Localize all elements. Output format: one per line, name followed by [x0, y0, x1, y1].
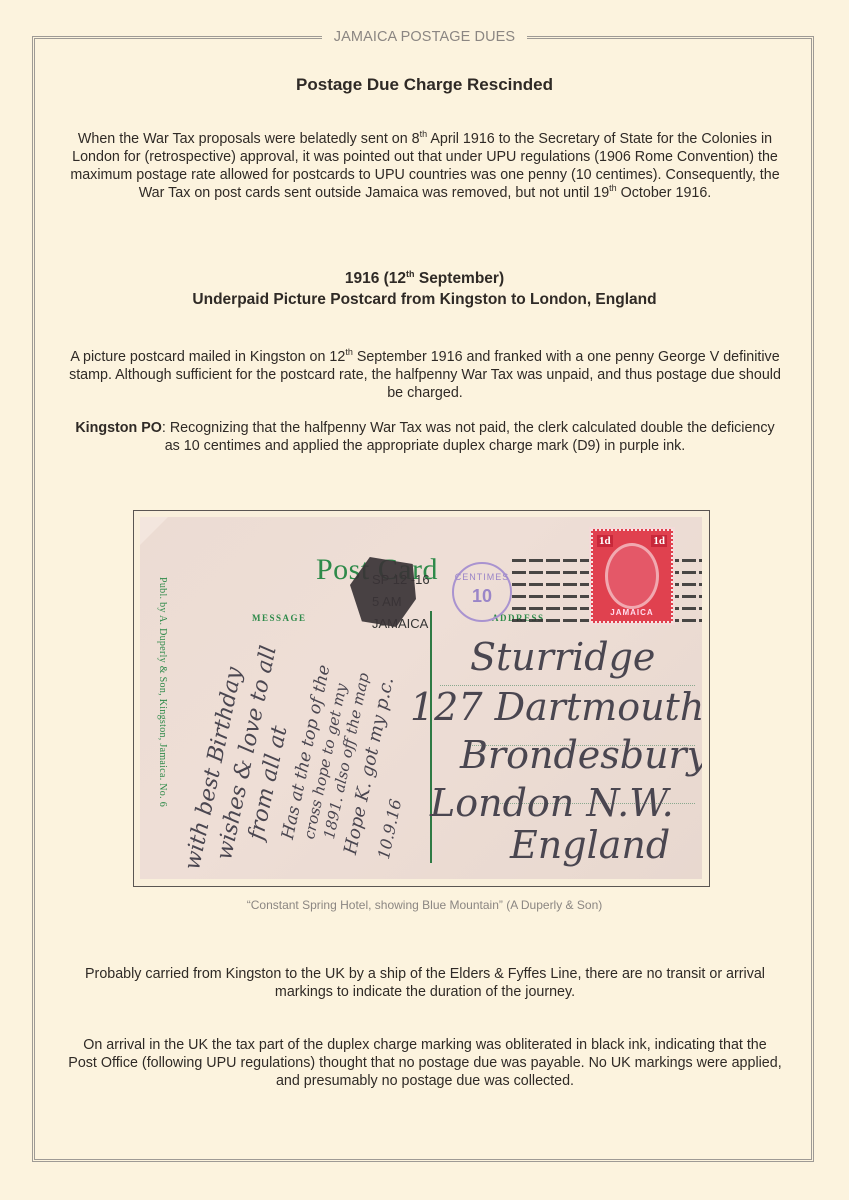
address-line: London N.W. — [430, 781, 674, 825]
postcard-caption: “Constant Spring Hotel, showing Blue Mou… — [0, 898, 849, 912]
postcard-image: Publ. by A. Duperly & Son, Kingston, Jam… — [140, 517, 702, 879]
item-title-heading: Underpaid Picture Postcard from Kingston… — [0, 291, 849, 309]
address-line: Brondesbury — [460, 733, 702, 777]
item-description: A picture postcard mailed in Kingston on… — [68, 348, 782, 402]
arrival-paragraph: On arrival in the UK the tax part of the… — [68, 1036, 782, 1090]
item-date-heading: 1916 (12th September) — [0, 270, 849, 288]
intro-paragraph: When the War Tax proposals were belatedl… — [68, 130, 782, 202]
address-line: England — [510, 823, 670, 867]
address-line: Sturridge — [470, 635, 655, 679]
kingston-po-note: Kingston PO: Recognizing that the halfpe… — [68, 419, 782, 455]
postcard-divider — [430, 611, 432, 863]
message-label: MESSAGE — [252, 613, 307, 623]
king-portrait-icon — [605, 543, 659, 609]
kingston-po-label: Kingston PO — [75, 420, 162, 436]
message-line: 10.9.16 — [374, 797, 405, 861]
charge-mark-d9: CENTIMES 10 — [452, 562, 512, 622]
postcard-mount: Publ. by A. Duperly & Son, Kingston, Jam… — [133, 510, 710, 887]
card-corner — [140, 517, 168, 545]
one-penny-stamp: 1d 1d JAMAICA — [591, 529, 673, 623]
page-title: Postage Due Charge Rescinded — [0, 75, 849, 95]
address-line: 127 Dartmouth Rd — [410, 685, 702, 729]
frame-title: JAMAICA POSTAGE DUES — [0, 29, 849, 45]
transit-paragraph: Probably carried from Kingston to the UK… — [68, 965, 782, 1001]
publisher-imprint: Publ. by A. Duperly & Son, Kingston, Jam… — [157, 577, 168, 877]
